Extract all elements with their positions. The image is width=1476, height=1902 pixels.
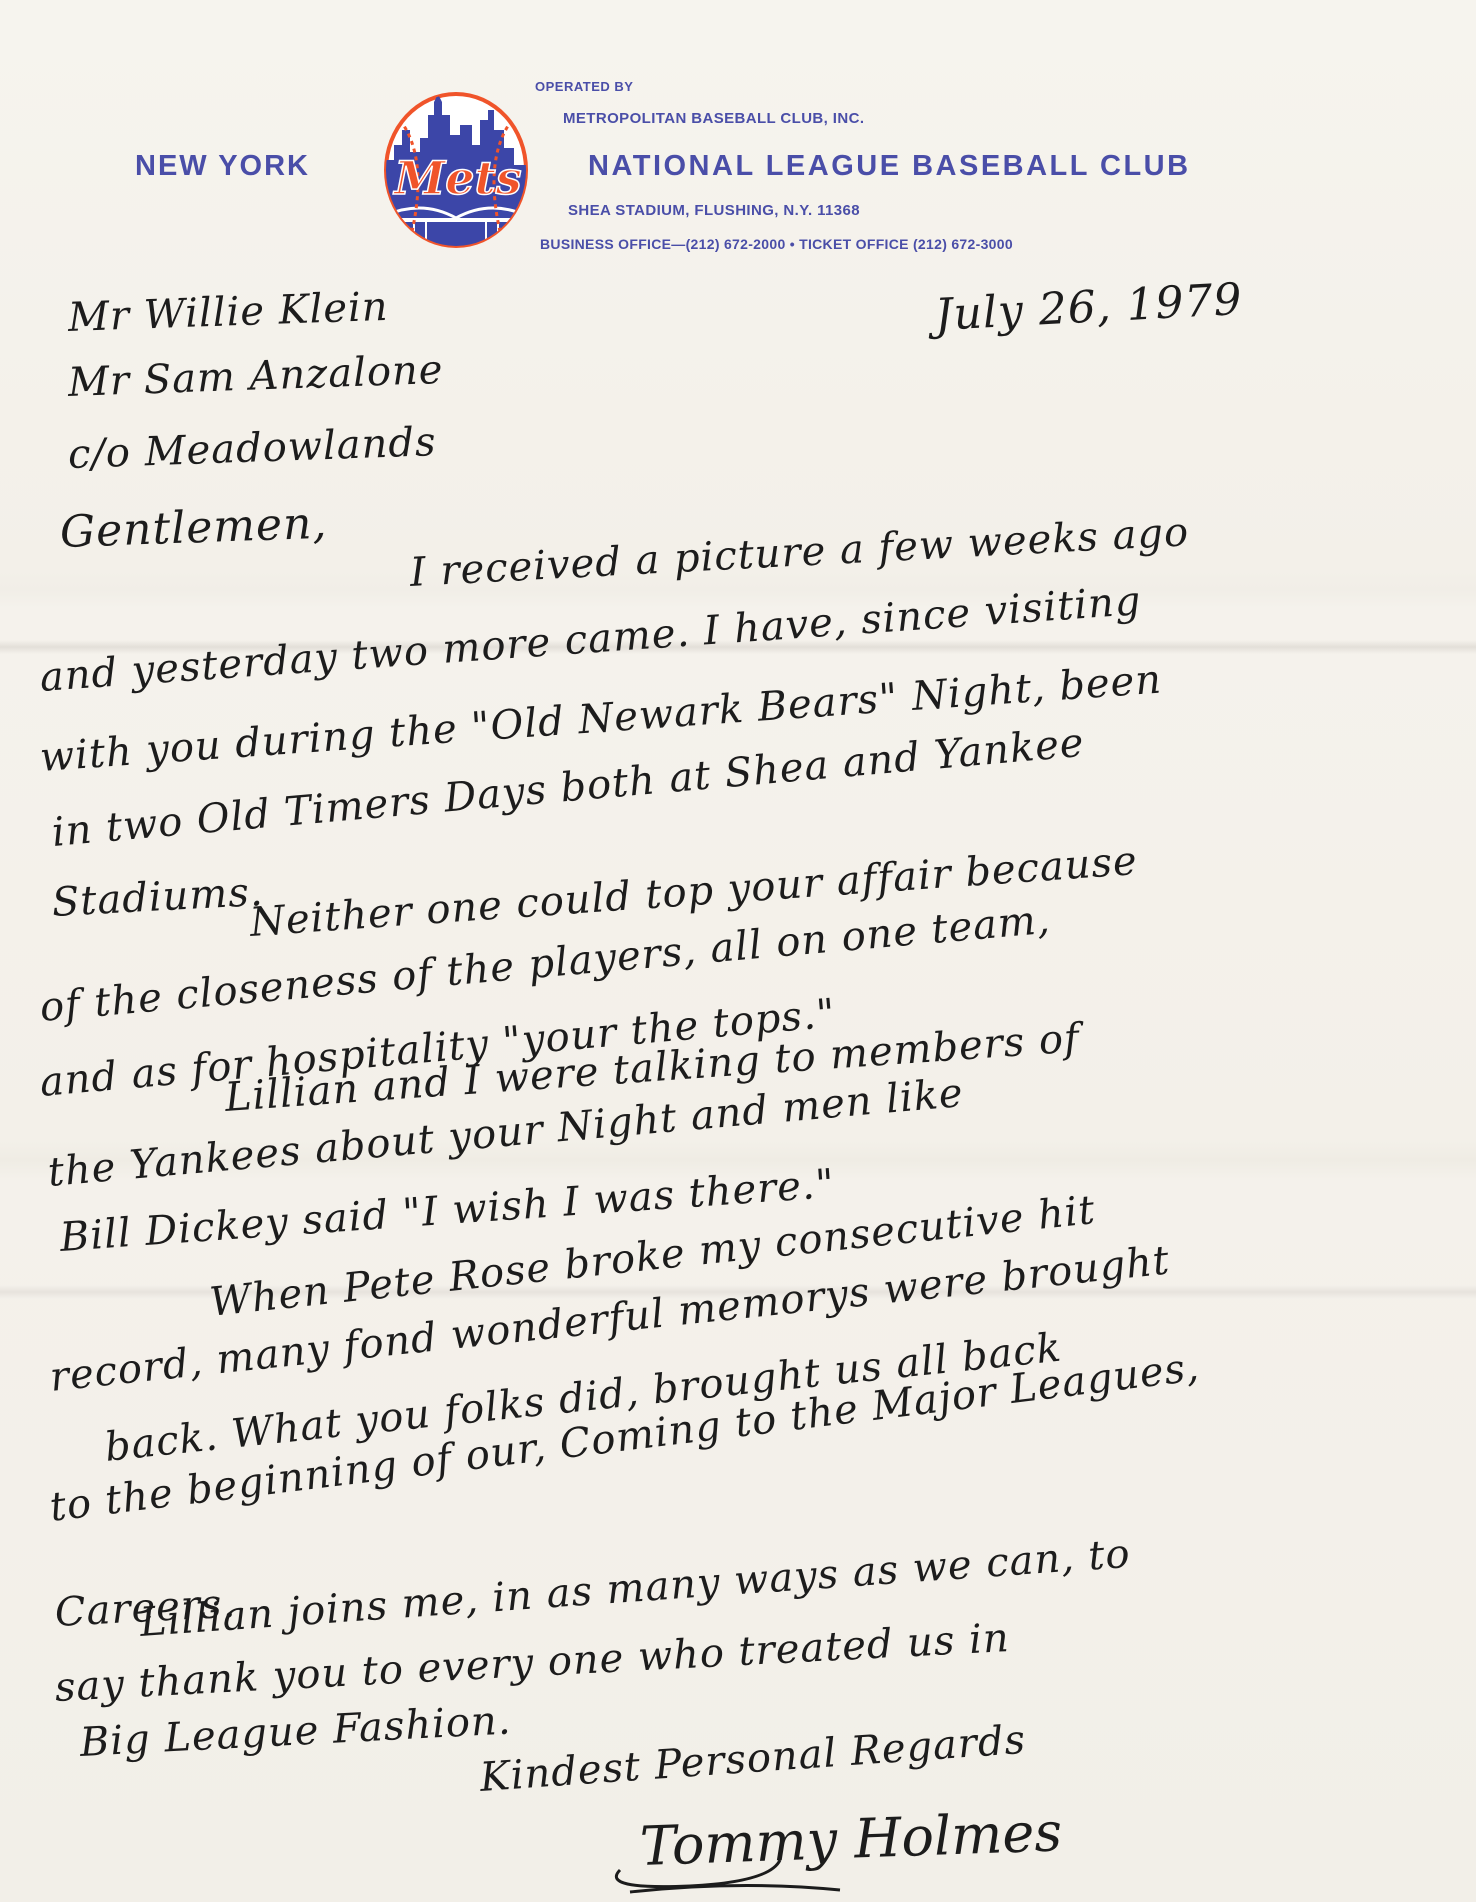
recipient-line: c/o Meadowlands — [67, 419, 437, 478]
body-line: Stadiums. — [51, 869, 265, 926]
signature-flourish — [540, 1790, 1020, 1900]
letterhead-club-name: METROPOLITAN BASEBALL CLUB, INC. — [563, 110, 864, 127]
closing: Kindest Personal Regards — [478, 1717, 1027, 1801]
letter-date: July 26, 1979 — [934, 274, 1244, 341]
mets-logo-icon: Mets — [380, 90, 532, 250]
letterhead-right-title: NATIONAL LEAGUE BASEBALL CLUB — [588, 150, 1191, 183]
letterhead-left-title: NEW YORK — [135, 150, 310, 183]
letterhead-operated-by: OPERATED BY — [535, 79, 633, 94]
body-line: Big League Fashion. — [79, 1697, 513, 1766]
letter-page: NEW YORK OPERATED BY METROPOLITAN BASEBA… — [0, 0, 1476, 1902]
salutation: Gentlemen, — [59, 498, 328, 558]
recipient-line: Mr Sam Anzalone — [67, 347, 444, 406]
svg-text:Mets: Mets — [392, 151, 521, 205]
letterhead-address: SHEA STADIUM, FLUSHING, N.Y. 11368 — [568, 202, 860, 219]
letterhead-phones: BUSINESS OFFICE—(212) 672-2000 • TICKET … — [540, 236, 1013, 252]
recipient-line: Mr Willie Klein — [67, 284, 389, 341]
